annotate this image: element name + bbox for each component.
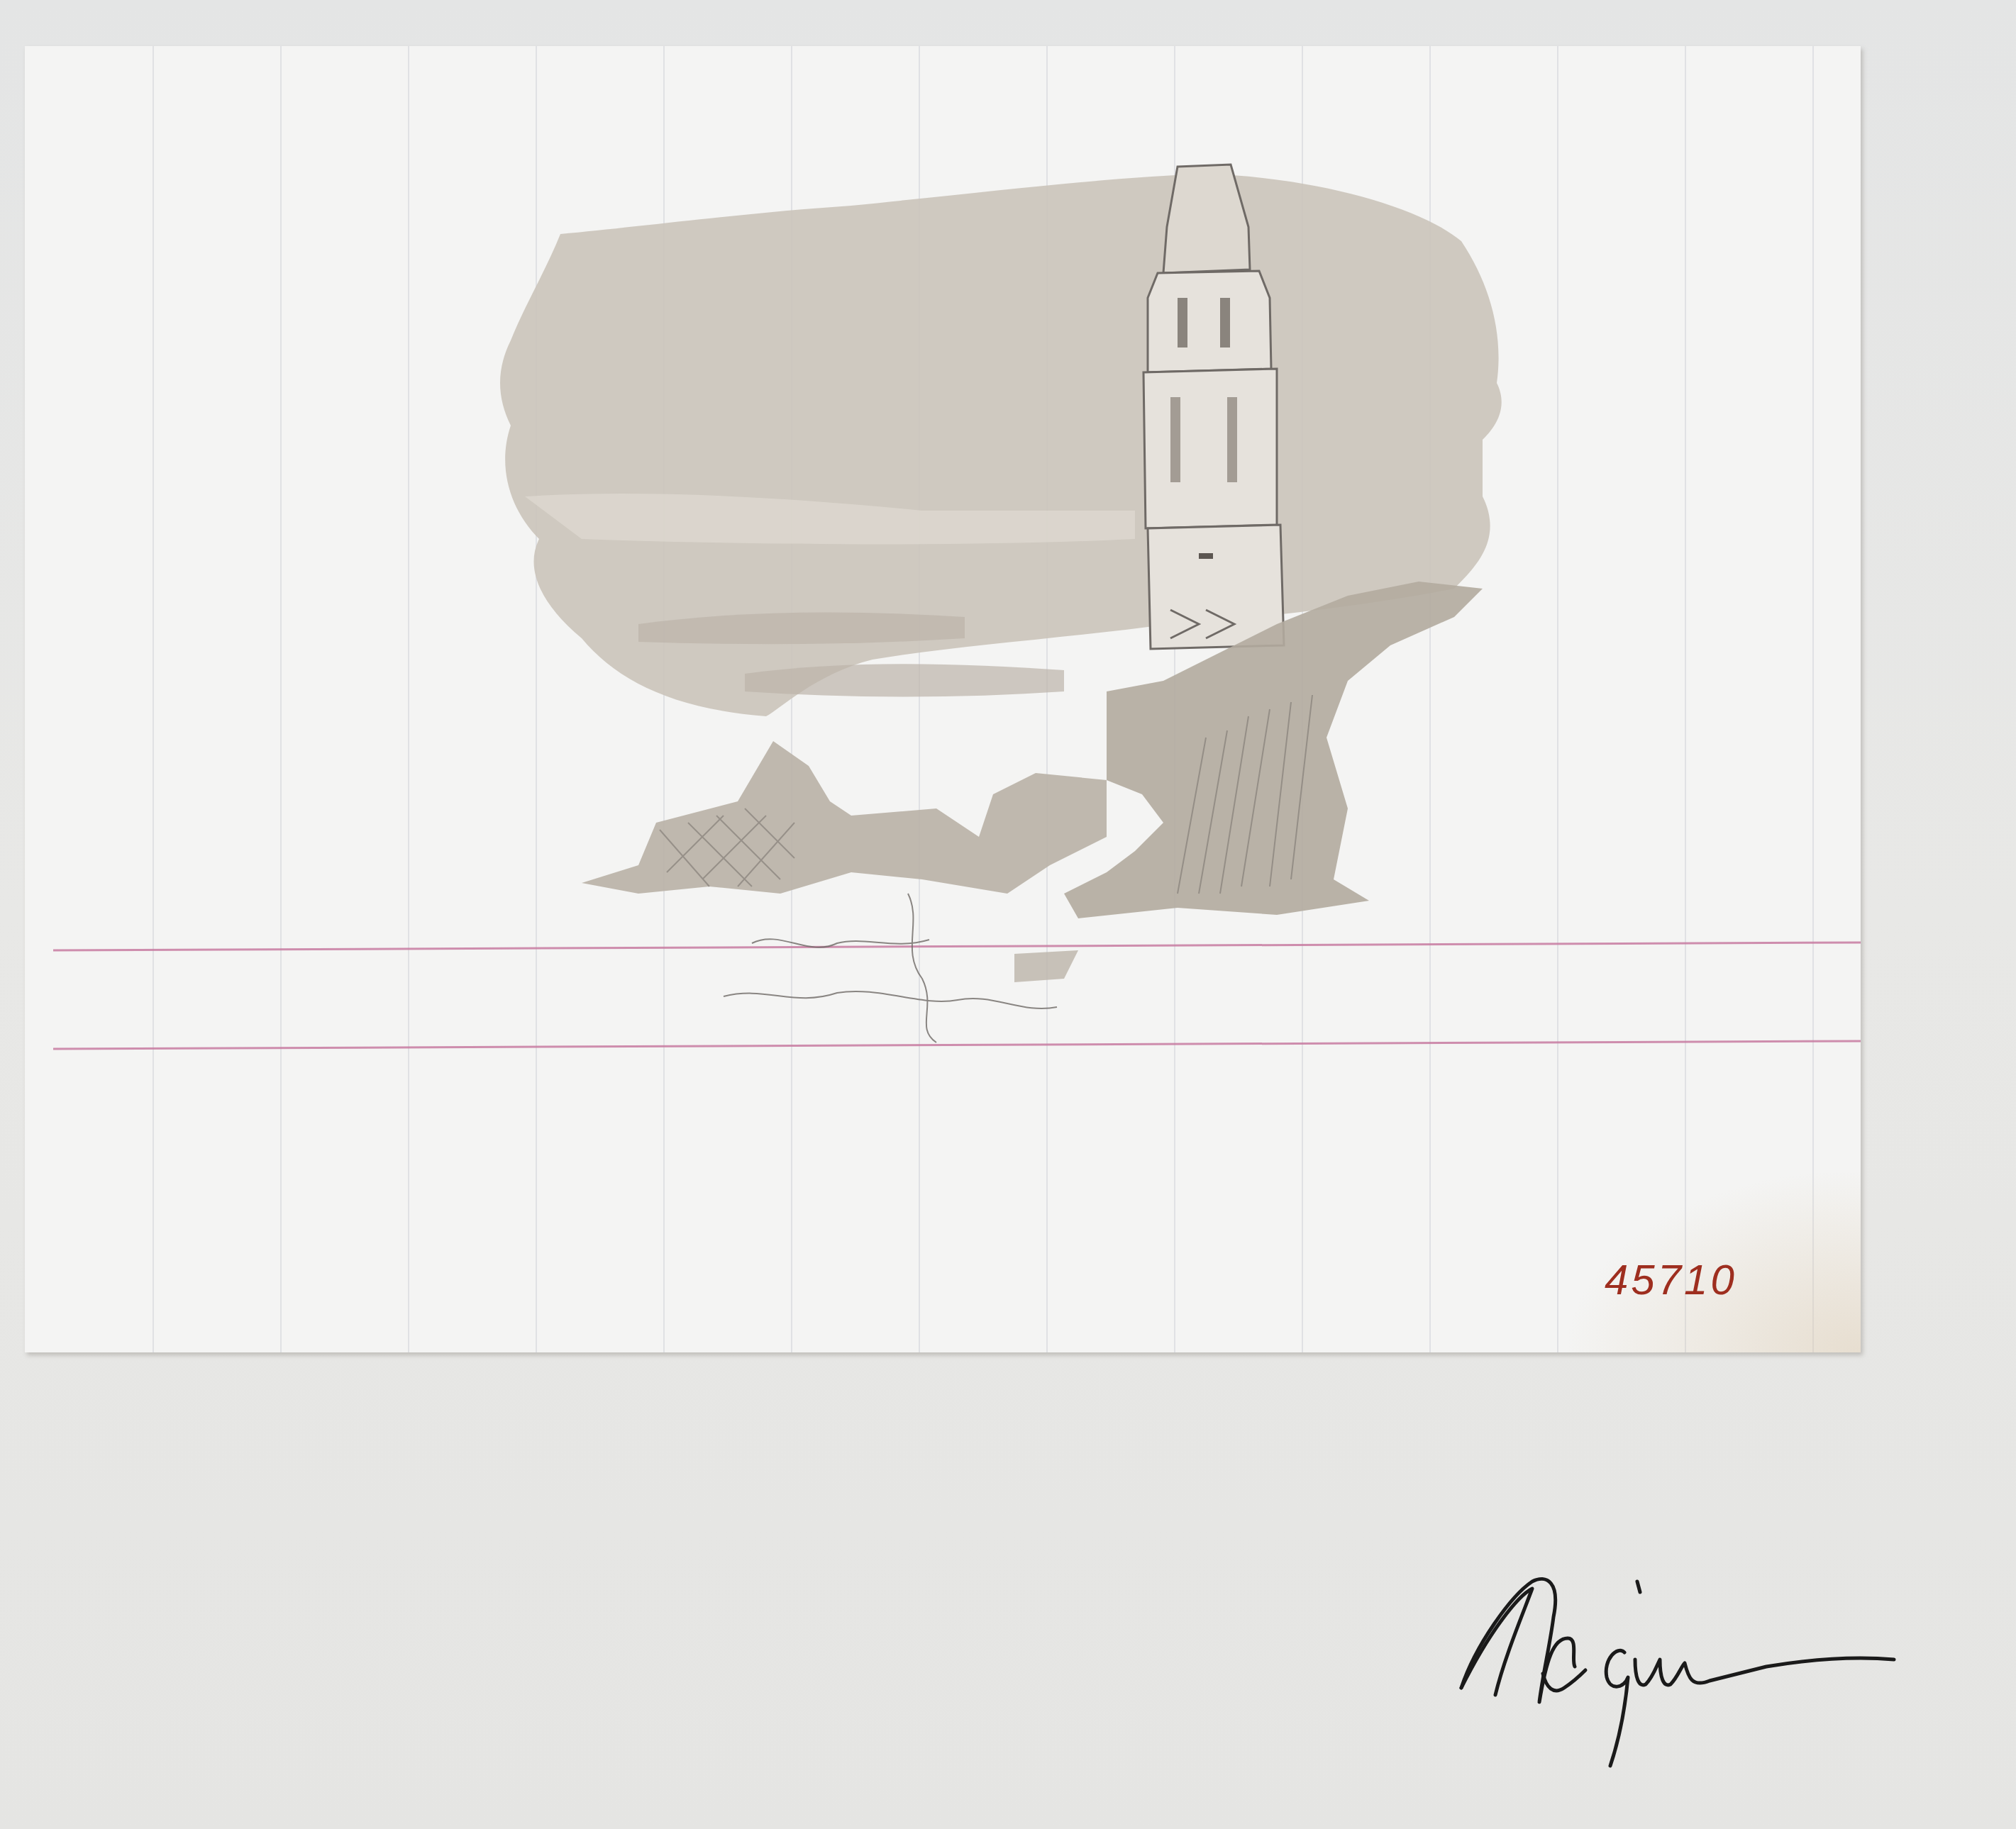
rocks-left: [582, 741, 1107, 894]
signature: [1412, 1553, 1922, 1780]
inventory-number: 45710: [1605, 1255, 1737, 1304]
rocks-right: [1064, 582, 1483, 918]
